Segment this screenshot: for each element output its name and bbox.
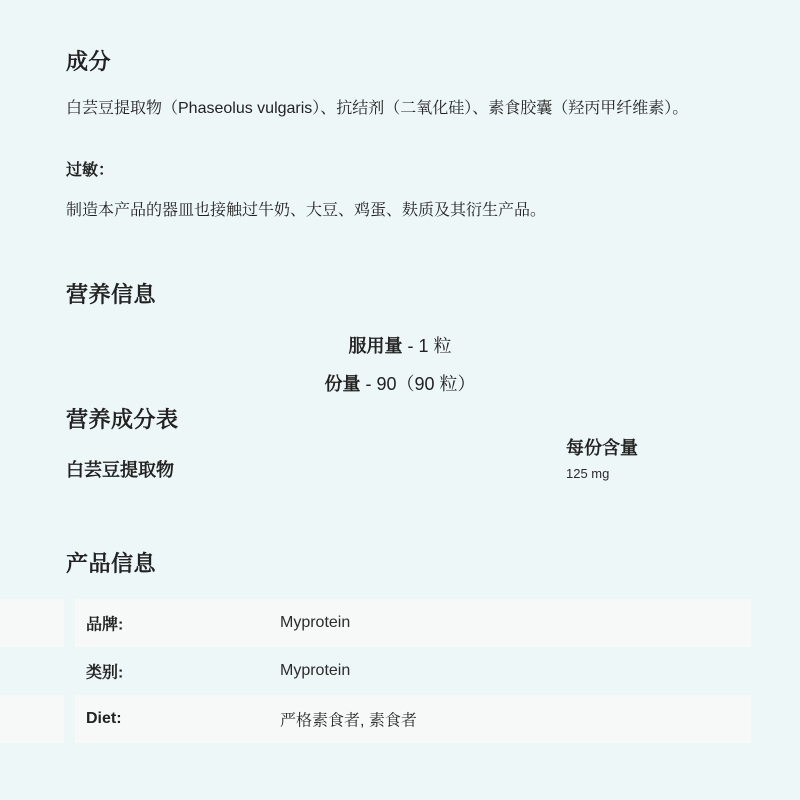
servings-per-pack-label: 份量 [324,374,360,394]
brand-label: 品牌: [86,612,123,635]
nutrient-row-amount: 125 mg [566,466,609,481]
row-cell-gap [64,599,75,647]
product-info-table: 品牌: Myprotein 类别: Myprotein Diet: 严格素食者,… [0,599,751,743]
product-info-row-category: 类别: Myprotein [0,647,751,695]
brand-value: Myprotein [280,614,350,632]
servings-per-pack-value: - 90（90 粒） [365,374,475,394]
row-edge-cell [0,599,64,647]
allergy-label: 过敏： [66,157,114,185]
diet-label: Diet: [86,710,122,728]
category-label: 类别: [86,660,123,683]
row-edge-cell [0,647,64,695]
serving-size-value: - 1 粒 [408,336,452,356]
row-cell-gap [64,695,75,743]
row-cell-gap [64,647,75,695]
product-info-row-brand: 品牌: Myprotein [0,599,751,647]
category-value: Myprotein [280,662,350,680]
nutrient-row-name: 白芸豆提取物 [66,460,174,480]
nutrition-section-title: 营养信息 [66,283,156,307]
serving-size-line: 服用量 - 1 粒 [0,336,800,356]
row-main-cell: 类别: Myprotein [75,647,751,695]
nutrition-table-title: 营养成分表 [66,408,179,432]
row-main-cell: 品牌: Myprotein [75,599,751,647]
product-details-page: 成分 白芸豆提取物（Phaseolus vulgaris）、抗结剂（二氧化硅）、… [0,0,800,800]
per-serving-column-header: 每份含量 [566,438,638,458]
diet-value: 严格素食者, 素食者 [280,708,417,731]
servings-per-pack-line: 份量 - 90（90 粒） [0,374,800,394]
row-main-cell: Diet: 严格素食者, 素食者 [75,695,751,743]
product-info-section-title: 产品信息 [66,552,156,576]
row-edge-cell [0,695,64,743]
ingredients-body-text: 白芸豆提取物（Phaseolus vulgaris）、抗结剂（二氧化硅）、素食胶… [66,95,726,123]
product-info-row-diet: Diet: 严格素食者, 素食者 [0,695,751,743]
allergy-body-text: 制造本产品的器皿也接触过牛奶、大豆、鸡蛋、麸质及其衍生产品。 [66,197,726,225]
serving-size-label: 服用量 [348,336,402,356]
ingredients-section-title: 成分 [66,50,111,74]
